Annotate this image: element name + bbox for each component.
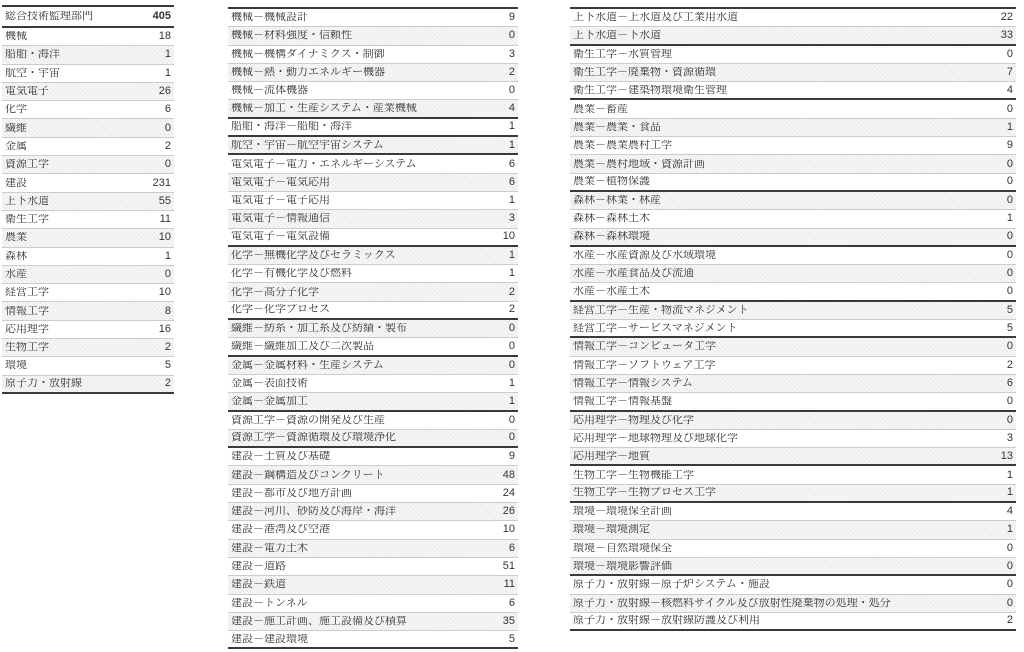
count-value: 0 [1003, 49, 1013, 60]
table-row: 農業10 [2, 229, 174, 247]
table-row: 情報工学8 [2, 302, 174, 320]
table-row: 資源工学－資源循環及び環境浄化0 [228, 430, 518, 448]
count-value: 0 [1003, 231, 1013, 242]
count-value: 5 [505, 634, 515, 645]
category-label: 化学－化学プロセス [231, 304, 330, 315]
count-value: 0 [1003, 543, 1013, 554]
count-value: 0 [1003, 159, 1013, 170]
category-label: 応用理学－地球物理及び地球化学 [573, 433, 738, 444]
table-row: 原子力・放射線－放射線防護及び利用2 [570, 613, 1016, 631]
table-row: 上下水道－下水道33 [570, 27, 1016, 45]
table-row: 水産0 [2, 266, 174, 284]
category-label: 経営工学 [5, 287, 49, 298]
table-row: 建設－鉄道11 [228, 576, 518, 594]
count-value: 35 [499, 616, 515, 627]
table-row: 機械－材料強度・信頼性0 [228, 27, 518, 45]
category-label: 応用理学 [5, 324, 49, 335]
count-value: 2 [161, 141, 171, 152]
table-row: 電気電子－情報通信3 [228, 210, 518, 228]
count-value: 5 [1003, 305, 1013, 316]
count-value: 1 [505, 396, 515, 407]
category-label: 船舶・海洋－船舶・海洋 [231, 121, 352, 132]
category-label: 建設－都市及び地方計画 [231, 488, 352, 499]
category-label: 資源工学 [5, 159, 49, 170]
count-value: 0 [505, 415, 515, 426]
category-label: 化学－有機化学及び燃料 [231, 268, 352, 279]
category-label: 建設－電力土木 [231, 543, 308, 554]
table-row: 船舶・海洋1 [2, 46, 174, 64]
count-value: 0 [161, 159, 171, 170]
count-value: 4 [505, 103, 515, 114]
count-value: 3 [1003, 433, 1013, 444]
table-row: 金属－金属材料・生産システム0 [228, 357, 518, 375]
count-value: 1 [505, 250, 515, 261]
summary-header-row: 総合技術監理部門 405 [2, 7, 174, 28]
count-value: 1 [1003, 213, 1013, 224]
count-value: 13 [997, 451, 1013, 462]
category-label: 水産 [5, 269, 27, 280]
count-value: 24 [499, 488, 515, 499]
table-row: 水産－水産資源及び水域環境0 [570, 247, 1016, 265]
category-label: 経営工学－生産・物流マネジメント [573, 305, 749, 316]
table-row: 生物工学－生物プロセス工学1 [570, 485, 1016, 503]
count-value: 22 [997, 12, 1013, 23]
count-value: 0 [1003, 579, 1013, 590]
count-value: 9 [505, 451, 515, 462]
count-value: 26 [155, 86, 171, 97]
table-row: 生物工学－生物機能工学1 [570, 466, 1016, 484]
table-row: 金属－表面技術1 [228, 375, 518, 393]
table-row: 衛生工学－水質管理0 [570, 46, 1016, 64]
category-label: 化学－高分子化学 [231, 287, 319, 298]
count-value: 0 [1003, 176, 1013, 187]
table-row: 原子力・放射線－原子炉システム・施設0 [570, 576, 1016, 594]
category-label: 農業－農村地域・資源計画 [573, 159, 705, 170]
count-value: 0 [1003, 195, 1013, 206]
summary-header-value: 405 [149, 11, 171, 22]
table-row: 航空・宇宙－航空宇宙システム1 [228, 137, 518, 155]
table-row: 機械－加工・生産システム・産業機械4 [228, 100, 518, 118]
category-label: 上下水道 [5, 196, 49, 207]
count-value: 51 [499, 561, 515, 572]
table-row: 森林－林業・林産0 [570, 192, 1016, 210]
table-row: 森林－森林環境0 [570, 229, 1016, 247]
table-row: 電気電子－電子応用1 [228, 192, 518, 210]
category-label: 電気電子－情報通信 [231, 213, 330, 224]
table-row: 航空・宇宙1 [2, 65, 174, 83]
count-value: 1 [1003, 487, 1013, 498]
category-label: 金属－金属加工 [231, 396, 308, 407]
count-value: 16 [155, 324, 171, 335]
table-row: 建設－施工計画、施工設備及び積算35 [228, 613, 518, 631]
count-value: 2 [505, 304, 515, 315]
table-row: 情報工学－コンピュータ工学0 [570, 338, 1016, 356]
table-row: 上下水道55 [2, 193, 174, 211]
category-label: 機械－流体機器 [231, 85, 308, 96]
count-value: 1 [505, 268, 515, 279]
category-label: 衛生工学 [5, 214, 49, 225]
table-row: 資源工学－資源の開発及び生産0 [228, 412, 518, 430]
table-row: 経営工学10 [2, 284, 174, 302]
count-value: 6 [1003, 378, 1013, 389]
table-row: 化学－高分子化学2 [228, 283, 518, 301]
count-value: 0 [1003, 104, 1013, 115]
table-row: 森林－森林土木1 [570, 210, 1016, 228]
count-value: 6 [505, 177, 515, 188]
category-label: 衛生工学－水質管理 [573, 49, 672, 60]
category-label: 建設－トンネル [231, 598, 308, 609]
table-row: 水産－水産食品及び流通0 [570, 265, 1016, 283]
table-row: 電気電子26 [2, 83, 174, 101]
category-label: 機械－機構ダイナミクス・制御 [231, 49, 385, 60]
count-value: 0 [1003, 250, 1013, 261]
table-row: 繊維－紡糸・加工糸及び紡績・製布0 [228, 320, 518, 338]
table-row: 電気電子－電気応用6 [228, 174, 518, 192]
count-value: 1 [1003, 470, 1013, 481]
count-value: 6 [161, 104, 171, 115]
table-row: 建設－鋼構造及びコンクリート48 [228, 466, 518, 484]
category-label: 農業－農業・食品 [573, 122, 661, 133]
table-row: 応用理学16 [2, 321, 174, 339]
table-row: 建設－道路51 [228, 558, 518, 576]
table-row: 電気電子－電気設備10 [228, 229, 518, 247]
table-row: 電気電子－電力・エネルギーシステム6 [228, 155, 518, 173]
count-value: 2 [161, 342, 171, 353]
count-value: 2 [1003, 360, 1013, 371]
category-label: 繊維－繊維加工及び二次製品 [231, 341, 374, 352]
category-label: 原子力・放射線 [5, 378, 82, 389]
count-value: 26 [499, 506, 515, 517]
category-label: 原子力・放射線－核燃料サイクル及び放射性廃棄物の処理・処分 [573, 598, 891, 609]
category-label: 生物工学－生物プロセス工学 [573, 487, 716, 498]
count-value: 18 [155, 31, 171, 42]
category-label: 水産－水産土木 [573, 286, 650, 297]
category-label: 環境－環境保全計画 [573, 506, 672, 517]
count-value: 5 [161, 360, 171, 371]
count-value: 0 [1003, 286, 1013, 297]
table-row: 応用理学－地球物理及び地球化学3 [570, 430, 1016, 448]
category-label: 金属－金属材料・生産システム [231, 360, 384, 371]
count-value: 0 [505, 341, 515, 352]
category-label: 応用理学－物理及び化学 [573, 415, 694, 426]
count-value: 11 [500, 579, 515, 590]
count-value: 4 [1003, 85, 1013, 96]
count-value: 10 [155, 232, 171, 243]
table-row: 建設－河川、砂防及び海岸・海洋26 [228, 503, 518, 521]
category-label: 農業－植物保護 [573, 176, 650, 187]
table-row: 建設－都市及び地方計画24 [228, 485, 518, 503]
table-row: 農業－農業農村工学9 [570, 137, 1016, 155]
count-value: 1 [505, 378, 515, 389]
category-label: 情報工学－情報基盤 [573, 396, 672, 407]
count-value: 0 [505, 360, 515, 371]
category-label: 繊維 [5, 123, 27, 134]
subfield-1-rows: 機械－機械設計9機械－材料強度・信頼性0機械－機構ダイナミクス・制御3機械－熱・… [228, 9, 518, 649]
count-value: 0 [505, 432, 515, 443]
table-row: 建設－港湾及び空港10 [228, 521, 518, 539]
category-label: 環境－環境影響評価 [573, 561, 672, 572]
subfield-2-rows: 上下水道－上水道及び工業用水道22上下水道－下水道33衛生工学－水質管理0衛生工… [570, 9, 1016, 631]
count-value: 9 [505, 12, 515, 23]
count-value: 6 [505, 598, 515, 609]
table-row: 金属－金属加工1 [228, 393, 518, 411]
table-row: 生物工学2 [2, 339, 174, 357]
count-value: 7 [1003, 67, 1013, 78]
table-row: 原子力・放射線－核燃料サイクル及び放射性廃棄物の処理・処分0 [570, 595, 1016, 613]
count-value: 55 [155, 196, 171, 207]
table-row: 環境－自然環境保全0 [570, 540, 1016, 558]
count-value: 6 [505, 543, 515, 554]
category-label: 森林－林業・林産 [573, 195, 661, 206]
count-value: 8 [161, 306, 171, 317]
category-label: 森林 [5, 251, 27, 262]
category-label: 情報工学－情報システム [573, 378, 693, 389]
table-row: 森林1 [2, 248, 174, 266]
table-row: 機械－熱・動力エネルギー機器2 [228, 64, 518, 82]
category-label: 繊維－紡糸・加工糸及び紡績・製布 [231, 323, 407, 334]
count-value: 0 [1003, 598, 1013, 609]
count-value: 48 [499, 470, 515, 481]
category-label: 電気電子－電気設備 [231, 231, 330, 242]
table-row: 農業－農村地域・資源計画0 [570, 155, 1016, 173]
table-row: 機械－機械設計9 [228, 9, 518, 27]
category-label: 電気電子－電子応用 [231, 195, 330, 206]
category-label: 生物工学 [5, 342, 49, 353]
count-value: 0 [1003, 561, 1013, 572]
table-row: 情報工学－情報基盤0 [570, 393, 1016, 411]
subfield-table-1: 機械－機械設計9機械－材料強度・信頼性0機械－機構ダイナミクス・制御3機械－熱・… [228, 7, 518, 649]
category-label: 金属 [5, 141, 27, 152]
table-row: 船舶・海洋－船舶・海洋1 [228, 119, 518, 137]
category-label: 環境 [5, 360, 27, 371]
category-label: 船舶・海洋 [5, 49, 60, 60]
count-value: 0 [161, 123, 171, 134]
table-row: 建設231 [2, 174, 174, 192]
count-value: 3 [505, 49, 515, 60]
table-row: 建設－トンネル6 [228, 595, 518, 613]
count-value: 0 [1003, 341, 1013, 352]
category-label: 農業 [5, 232, 27, 243]
count-value: 11 [156, 214, 171, 225]
table-row: 建設－建設環境5 [228, 631, 518, 649]
table-row: 建設－電力土木6 [228, 540, 518, 558]
category-label: 航空・宇宙－航空宇宙システム [231, 140, 384, 151]
table-row: 機械－機構ダイナミクス・制御3 [228, 46, 518, 64]
count-value: 1 [161, 68, 171, 79]
count-value: 0 [161, 269, 171, 280]
count-value: 10 [499, 524, 515, 535]
count-value: 1 [505, 121, 515, 132]
count-value: 1 [1003, 524, 1013, 535]
category-label: 建設－鋼構造及びコンクリート [231, 470, 385, 481]
category-label: 水産－水産資源及び水域環境 [573, 250, 716, 261]
table-row: 原子力・放射線2 [2, 376, 174, 394]
category-label: 電気電子 [5, 86, 49, 97]
count-value: 10 [499, 231, 515, 242]
category-label: 原子力・放射線－放射線防護及び利用 [573, 615, 760, 626]
category-label: 機械－熱・動力エネルギー機器 [231, 67, 385, 78]
table-row: 情報工学－情報システム6 [570, 375, 1016, 393]
category-label: 資源工学－資源循環及び環境浄化 [231, 432, 396, 443]
category-label: 水産－水産食品及び流通 [573, 268, 694, 279]
count-value: 0 [1003, 415, 1013, 426]
category-label: 化学 [5, 104, 27, 115]
category-label: 生物工学－生物機能工学 [573, 470, 694, 481]
count-value: 0 [505, 30, 515, 41]
count-value: 1 [161, 251, 171, 262]
table-row: 衛生工学11 [2, 211, 174, 229]
category-label: 建設－土質及び基礎 [231, 451, 330, 462]
table-row: 環境5 [2, 357, 174, 375]
category-label: 原子力・放射線－原子炉システム・施設 [573, 579, 770, 590]
category-label: 上下水道－下水道 [573, 30, 661, 41]
table-row: 化学－無機化学及びセラミックス1 [228, 247, 518, 265]
category-label: 農業－農業農村工学 [573, 140, 672, 151]
summary-header-label: 総合技術監理部門 [5, 11, 93, 22]
table-row: 化学－化学プロセス2 [228, 302, 518, 320]
category-label: 環境－自然環境保全 [573, 543, 672, 554]
category-label: 応用理学－地質 [573, 451, 650, 462]
category-label: 情報工学 [5, 306, 49, 317]
subfield-table-2: 上下水道－上水道及び工業用水道22上下水道－下水道33衛生工学－水質管理0衛生工… [570, 7, 1016, 631]
table-row: 水産－水産土木0 [570, 283, 1016, 301]
category-label: 機械－加工・生産システム・産業機械 [231, 103, 417, 114]
category-label: 建設－道路 [231, 561, 286, 572]
table-row: 衛生工学－建築物環境衛生管理4 [570, 82, 1016, 100]
count-value: 4 [1003, 506, 1013, 517]
category-label: 建設－鉄道 [231, 579, 286, 590]
count-value: 3 [505, 213, 515, 224]
category-label: 資源工学－資源の開発及び生産 [231, 415, 385, 426]
category-label: 電気電子－電気応用 [231, 177, 330, 188]
category-label: 機械－材料強度・信頼性 [231, 30, 352, 41]
count-value: 231 [149, 178, 171, 189]
count-value: 2 [161, 378, 171, 389]
category-label: 農業－畜産 [573, 104, 628, 115]
count-value: 9 [1003, 140, 1013, 151]
count-value: 0 [505, 85, 515, 96]
category-label: 情報工学－ソフトウェア工学 [573, 360, 716, 371]
table-row: 衛生工学－廃棄物・資源循環7 [570, 64, 1016, 82]
category-label: 建設 [5, 178, 27, 189]
table-row: 繊維－繊維加工及び二次製品0 [228, 338, 518, 356]
table-row: 環境－環境影響評価0 [570, 558, 1016, 576]
table-row: 上下水道－上水道及び工業用水道22 [570, 9, 1016, 27]
count-value: 0 [1003, 268, 1013, 279]
category-label: 建設－建設環境 [231, 634, 308, 645]
table-row: 化学－有機化学及び燃料1 [228, 265, 518, 283]
table-row: 環境－環境保全計画4 [570, 503, 1016, 521]
summary-department-table: 総合技術監理部門 405 機械18船舶・海洋1航空・宇宙1電気電子26化学6繊維… [2, 5, 174, 394]
table-row: 化学6 [2, 101, 174, 119]
count-value: 0 [505, 323, 515, 334]
category-label: 環境－環境測定 [573, 524, 650, 535]
count-value: 2 [505, 67, 515, 78]
table-row: 農業－植物保護0 [570, 174, 1016, 192]
table-row: 機械18 [2, 28, 174, 46]
category-label: 衛生工学－廃棄物・資源循環 [573, 67, 716, 78]
table-row: 農業－畜産0 [570, 100, 1016, 118]
table-row: 応用理学－地質13 [570, 448, 1016, 466]
count-value: 6 [505, 159, 515, 170]
table-row: 機械－流体機器0 [228, 82, 518, 100]
category-label: 経営工学－サービスマネジメント [573, 323, 737, 334]
category-label: 金属－表面技術 [231, 378, 308, 389]
table-row: 金属2 [2, 138, 174, 156]
table-row: 資源工学0 [2, 156, 174, 174]
category-label: 建設－港湾及び空港 [231, 524, 330, 535]
table-row: 環境－環境測定1 [570, 521, 1016, 539]
count-value: 1 [1003, 122, 1013, 133]
category-label: 森林－森林環境 [573, 231, 650, 242]
table-row: 経営工学－サービスマネジメント5 [570, 320, 1016, 338]
count-value: 5 [1003, 323, 1013, 334]
summary-rows: 機械18船舶・海洋1航空・宇宙1電気電子26化学6繊維0金属2資源工学0建設23… [2, 28, 174, 394]
category-label: 機械－機械設計 [231, 12, 308, 23]
count-value: 1 [505, 195, 515, 206]
category-label: 機械 [5, 31, 27, 42]
category-label: 化学－無機化学及びセラミックス [231, 250, 396, 261]
table-row: 経営工学－生産・物流マネジメント5 [570, 302, 1016, 320]
count-value: 1 [161, 49, 171, 60]
count-value: 2 [505, 287, 515, 298]
category-label: 衛生工学－建築物環境衛生管理 [573, 85, 727, 96]
category-label: 上下水道－上水道及び工業用水道 [573, 12, 738, 23]
table-row: 農業－農業・食品1 [570, 119, 1016, 137]
category-label: 電気電子－電力・エネルギーシステム [231, 159, 417, 170]
count-value: 10 [155, 287, 171, 298]
table-row: 応用理学－物理及び化学0 [570, 412, 1016, 430]
table-row: 繊維0 [2, 119, 174, 137]
count-value: 0 [1003, 396, 1013, 407]
table-row: 建設－土質及び基礎9 [228, 448, 518, 466]
category-label: 情報工学－コンピュータ工学 [573, 341, 716, 352]
count-value: 33 [997, 30, 1013, 41]
count-value: 2 [1003, 615, 1013, 626]
table-row: 情報工学－ソフトウェア工学2 [570, 357, 1016, 375]
category-label: 航空・宇宙 [5, 68, 60, 79]
category-label: 建設－河川、砂防及び海岸・海洋 [231, 506, 396, 517]
count-value: 1 [505, 140, 515, 151]
category-label: 建設－施工計画、施工設備及び積算 [231, 616, 407, 627]
category-label: 森林－森林土木 [573, 213, 650, 224]
